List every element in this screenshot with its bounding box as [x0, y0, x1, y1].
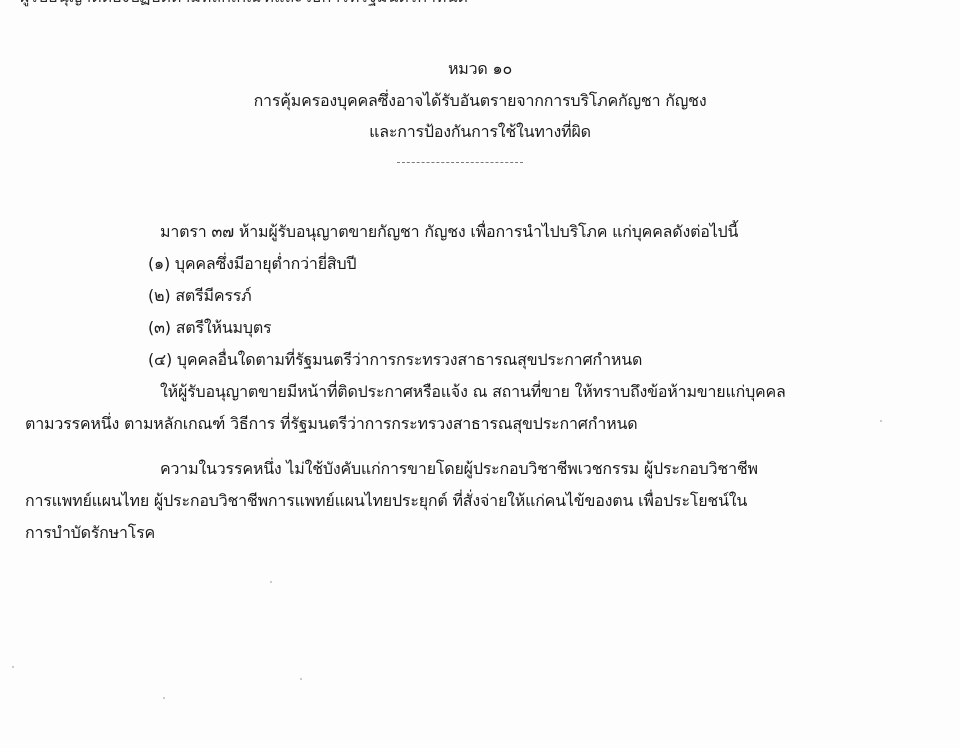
list-item-4: (๔) บุคคลอื่นใดตามที่รัฐมนตรีว่าการกระทร…	[148, 349, 642, 371]
paragraph-2-line-1: ให้ผู้รับอนุญาตขายมีหน้าที่ติดประกาศหรือ…	[160, 381, 786, 403]
document-page: ผู้รับอนุญาตต้องปฏิบัติตามหลักเกณฑ์และวิ…	[0, 0, 960, 748]
paragraph-3-line-2: การแพทย์แผนไทย ผู้ประกอบวิชาชีพการแพทย์แ…	[25, 490, 747, 512]
chapter-divider	[397, 162, 523, 163]
clipped-top-text-line: ผู้รับอนุญาตต้องปฏิบัติตามหลักเกณฑ์และวิ…	[20, 0, 468, 8]
paragraph-3-line-1: ความในวรรคหนึ่ง ไม่ใช้บังคับแก่การขายโดย…	[160, 458, 758, 480]
paragraph-3-line-3: การบำบัดรักษาโรค	[25, 522, 155, 544]
scan-speck	[12, 666, 14, 668]
paragraph-2-line-2: ตามวรรคหนึ่ง ตามหลักเกณฑ์ วิธีการ ที่รัฐ…	[25, 413, 637, 435]
scan-speck	[163, 697, 165, 699]
chapter-title-line-1: การคุ้มครองบุคคลซึ่งอาจได้รับอันตรายจากก…	[0, 90, 960, 112]
list-item-2: (๒) สตรีมีครรภ์	[148, 285, 251, 307]
list-item-3: (๓) สตรีให้นมบุตร	[148, 317, 271, 339]
list-item-1: (๑) บุคคลซึ่งมีอายุต่ำกว่ายี่สิบปี	[148, 253, 356, 275]
scan-speck	[880, 420, 882, 422]
chapter-heading: หมวด ๑๐	[0, 58, 960, 80]
section-37-intro: มาตรา ๓๗ ห้ามผู้รับอนุญาตขายกัญชา กัญชง …	[160, 221, 738, 243]
scan-speck	[270, 581, 272, 583]
scan-speck	[300, 678, 302, 680]
chapter-title-line-2: และการป้องกันการใช้ในทางที่ผิด	[0, 121, 960, 143]
